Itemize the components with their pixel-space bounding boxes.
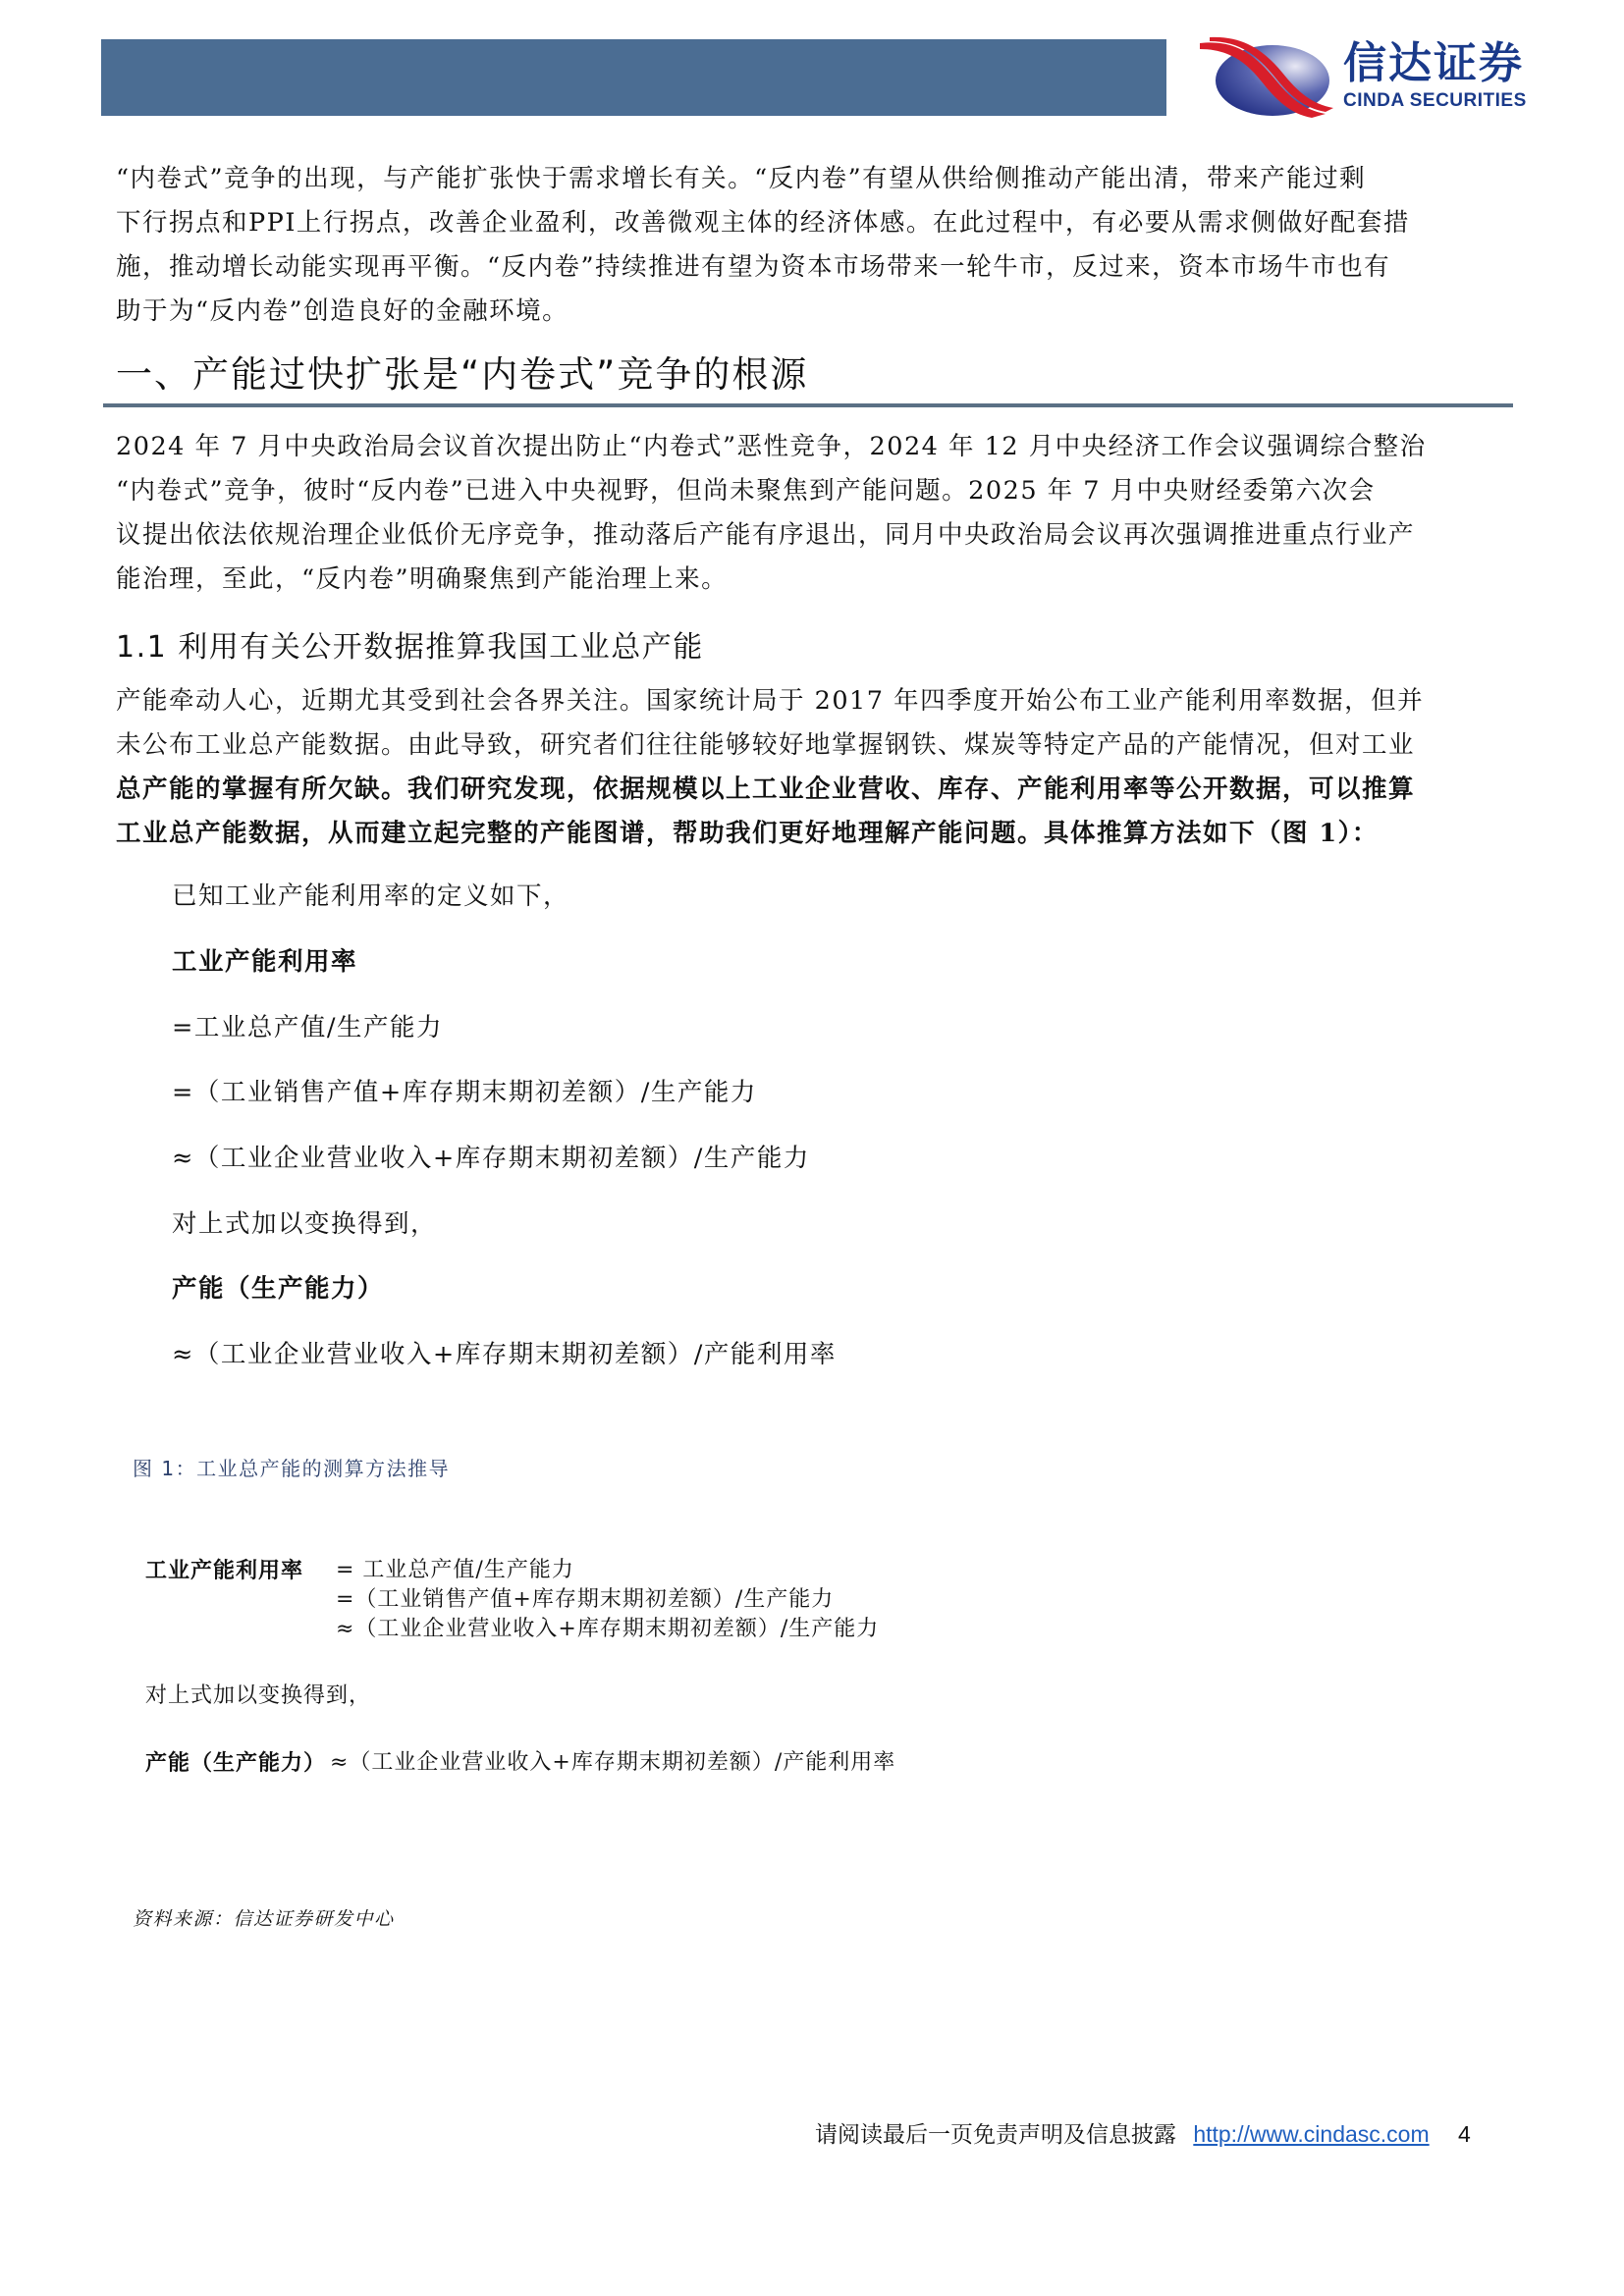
section-heading: 一、产能过快扩张是“内卷式”竞争的根源 bbox=[116, 350, 808, 400]
text-line: 未公布工业总产能数据。由此导致，研究者们往往能够较好地掌握钢铁、煤炭等特定产品的… bbox=[116, 723, 1510, 768]
page-footer: 请阅读最后一页免责声明及信息披露 http://www.cindasc.com … bbox=[815, 2118, 1471, 2151]
figure-title: 图 1：工业总产能的测算方法推导 bbox=[133, 1453, 450, 1481]
figure-result-label: 产能（生产能力） bbox=[145, 1748, 326, 1778]
figure-transform-text: 对上式加以变换得到， bbox=[145, 1682, 371, 1711]
formula-result: ≈（工业企业营业收入+库存期末期初差额）/产能利用率 bbox=[172, 1335, 837, 1374]
formula-step: =工业总产值/生产能力 bbox=[172, 1008, 443, 1047]
text-line: 2024 年 7 月中央政治局会议首次提出防止“内卷式”恶性竞争，2024 年 … bbox=[116, 425, 1510, 469]
figure-result-expr: ≈（工业企业营业收入+库存期末期初差额）/产能利用率 bbox=[330, 1748, 895, 1778]
cinda-logo: 信达证券 CINDA SECURITIES bbox=[1196, 35, 1598, 118]
text-line: 施，推动增长动能实现再平衡。“反内卷”持续推进有望为资本市场带来一轮牛市，反过来… bbox=[116, 245, 1510, 290]
brand-name-cn: 信达证券 bbox=[1343, 39, 1524, 88]
figure-source: 资料来源：信达证券研发中心 bbox=[133, 1904, 395, 1931]
website-link[interactable]: http://www.cindasc.com bbox=[1193, 2121, 1429, 2147]
text-line: 能治理，至此，“反内卷”明确聚焦到产能治理上来。 bbox=[116, 558, 1510, 602]
brand-name-en: CINDA SECURITIES bbox=[1343, 90, 1527, 112]
section1-paragraph: 2024 年 7 月中央政治局会议首次提出防止“内卷式”恶性竞争，2024 年 … bbox=[116, 425, 1510, 602]
text-line: 议提出依法依规治理企业低价无序竞争，推动落后产能有序退出，同月中央政治局会议再次… bbox=[116, 513, 1510, 558]
cinda-emblem-icon bbox=[1196, 35, 1333, 118]
text-line: 产能牵动人心，近期尤其受到社会各界关注。国家统计局于 2017 年四季度开始公布… bbox=[116, 679, 1510, 723]
formula-step: ≈（工业企业营业收入+库存期末期初差额）/生产能力 bbox=[172, 1139, 810, 1178]
intro-paragraph: “内卷式”竞争的出现，与产能扩张快于需求增长有关。“反内卷”有望从供给侧推动产能… bbox=[116, 157, 1510, 334]
formula-intro: 已知工业产能利用率的定义如下， bbox=[172, 877, 569, 916]
figure-expr: ≈（工业企业营业收入+库存期末期初差额）/生产能力 bbox=[336, 1615, 879, 1644]
formula-result-lhs: 产能（生产能力） bbox=[172, 1269, 384, 1308]
disclaimer-text: 请阅读最后一页免责声明及信息披露 bbox=[815, 2122, 1176, 2148]
figure-expr: =（工业销售产值+库存期末期初差额）/生产能力 bbox=[336, 1585, 834, 1615]
section-divider bbox=[103, 403, 1513, 407]
subsection-heading: 1.1 利用有关公开数据推算我国工业总产能 bbox=[116, 626, 704, 669]
page-number: 4 bbox=[1458, 2121, 1471, 2147]
formula-lhs: 工业产能利用率 bbox=[172, 942, 357, 982]
figure-expr: = 工业总产值/生产能力 bbox=[336, 1556, 574, 1585]
text-line: 助于为“反内卷”创造良好的金融环境。 bbox=[116, 290, 1510, 334]
text-line: 下行拐点和PPI上行拐点，改善企业盈利，改善微观主体的经济体感。在此过程中，有必… bbox=[116, 201, 1510, 245]
subsection-paragraph: 产能牵动人心，近期尤其受到社会各界关注。国家统计局于 2017 年四季度开始公布… bbox=[116, 679, 1510, 856]
header-bar bbox=[101, 39, 1166, 116]
formula-step: =（工业销售产值+库存期末期初差额）/生产能力 bbox=[172, 1073, 757, 1112]
formula-transform: 对上式加以变换得到， bbox=[172, 1204, 437, 1244]
figure-content: 工业产能利用率 = 工业总产值/生产能力 =（工业销售产值+库存期末期初差额）/… bbox=[145, 1556, 1029, 1791]
text-line: “内卷式”竞争的出现，与产能扩张快于需求增长有关。“反内卷”有望从供给侧推动产能… bbox=[116, 157, 1510, 201]
text-line-bold: 工业总产能数据，从而建立起完整的产能图谱，帮助我们更好地理解产能问题。具体推算方… bbox=[116, 812, 1510, 856]
figure-label: 工业产能利用率 bbox=[145, 1556, 303, 1585]
text-line-bold: 总产能的掌握有所欠缺。我们研究发现，依据规模以上工业企业营收、库存、产能利用率等… bbox=[116, 768, 1510, 812]
text-line: “内卷式”竞争，彼时“反内卷”已进入中央视野，但尚未聚焦到产能问题。2025 年… bbox=[116, 469, 1510, 513]
